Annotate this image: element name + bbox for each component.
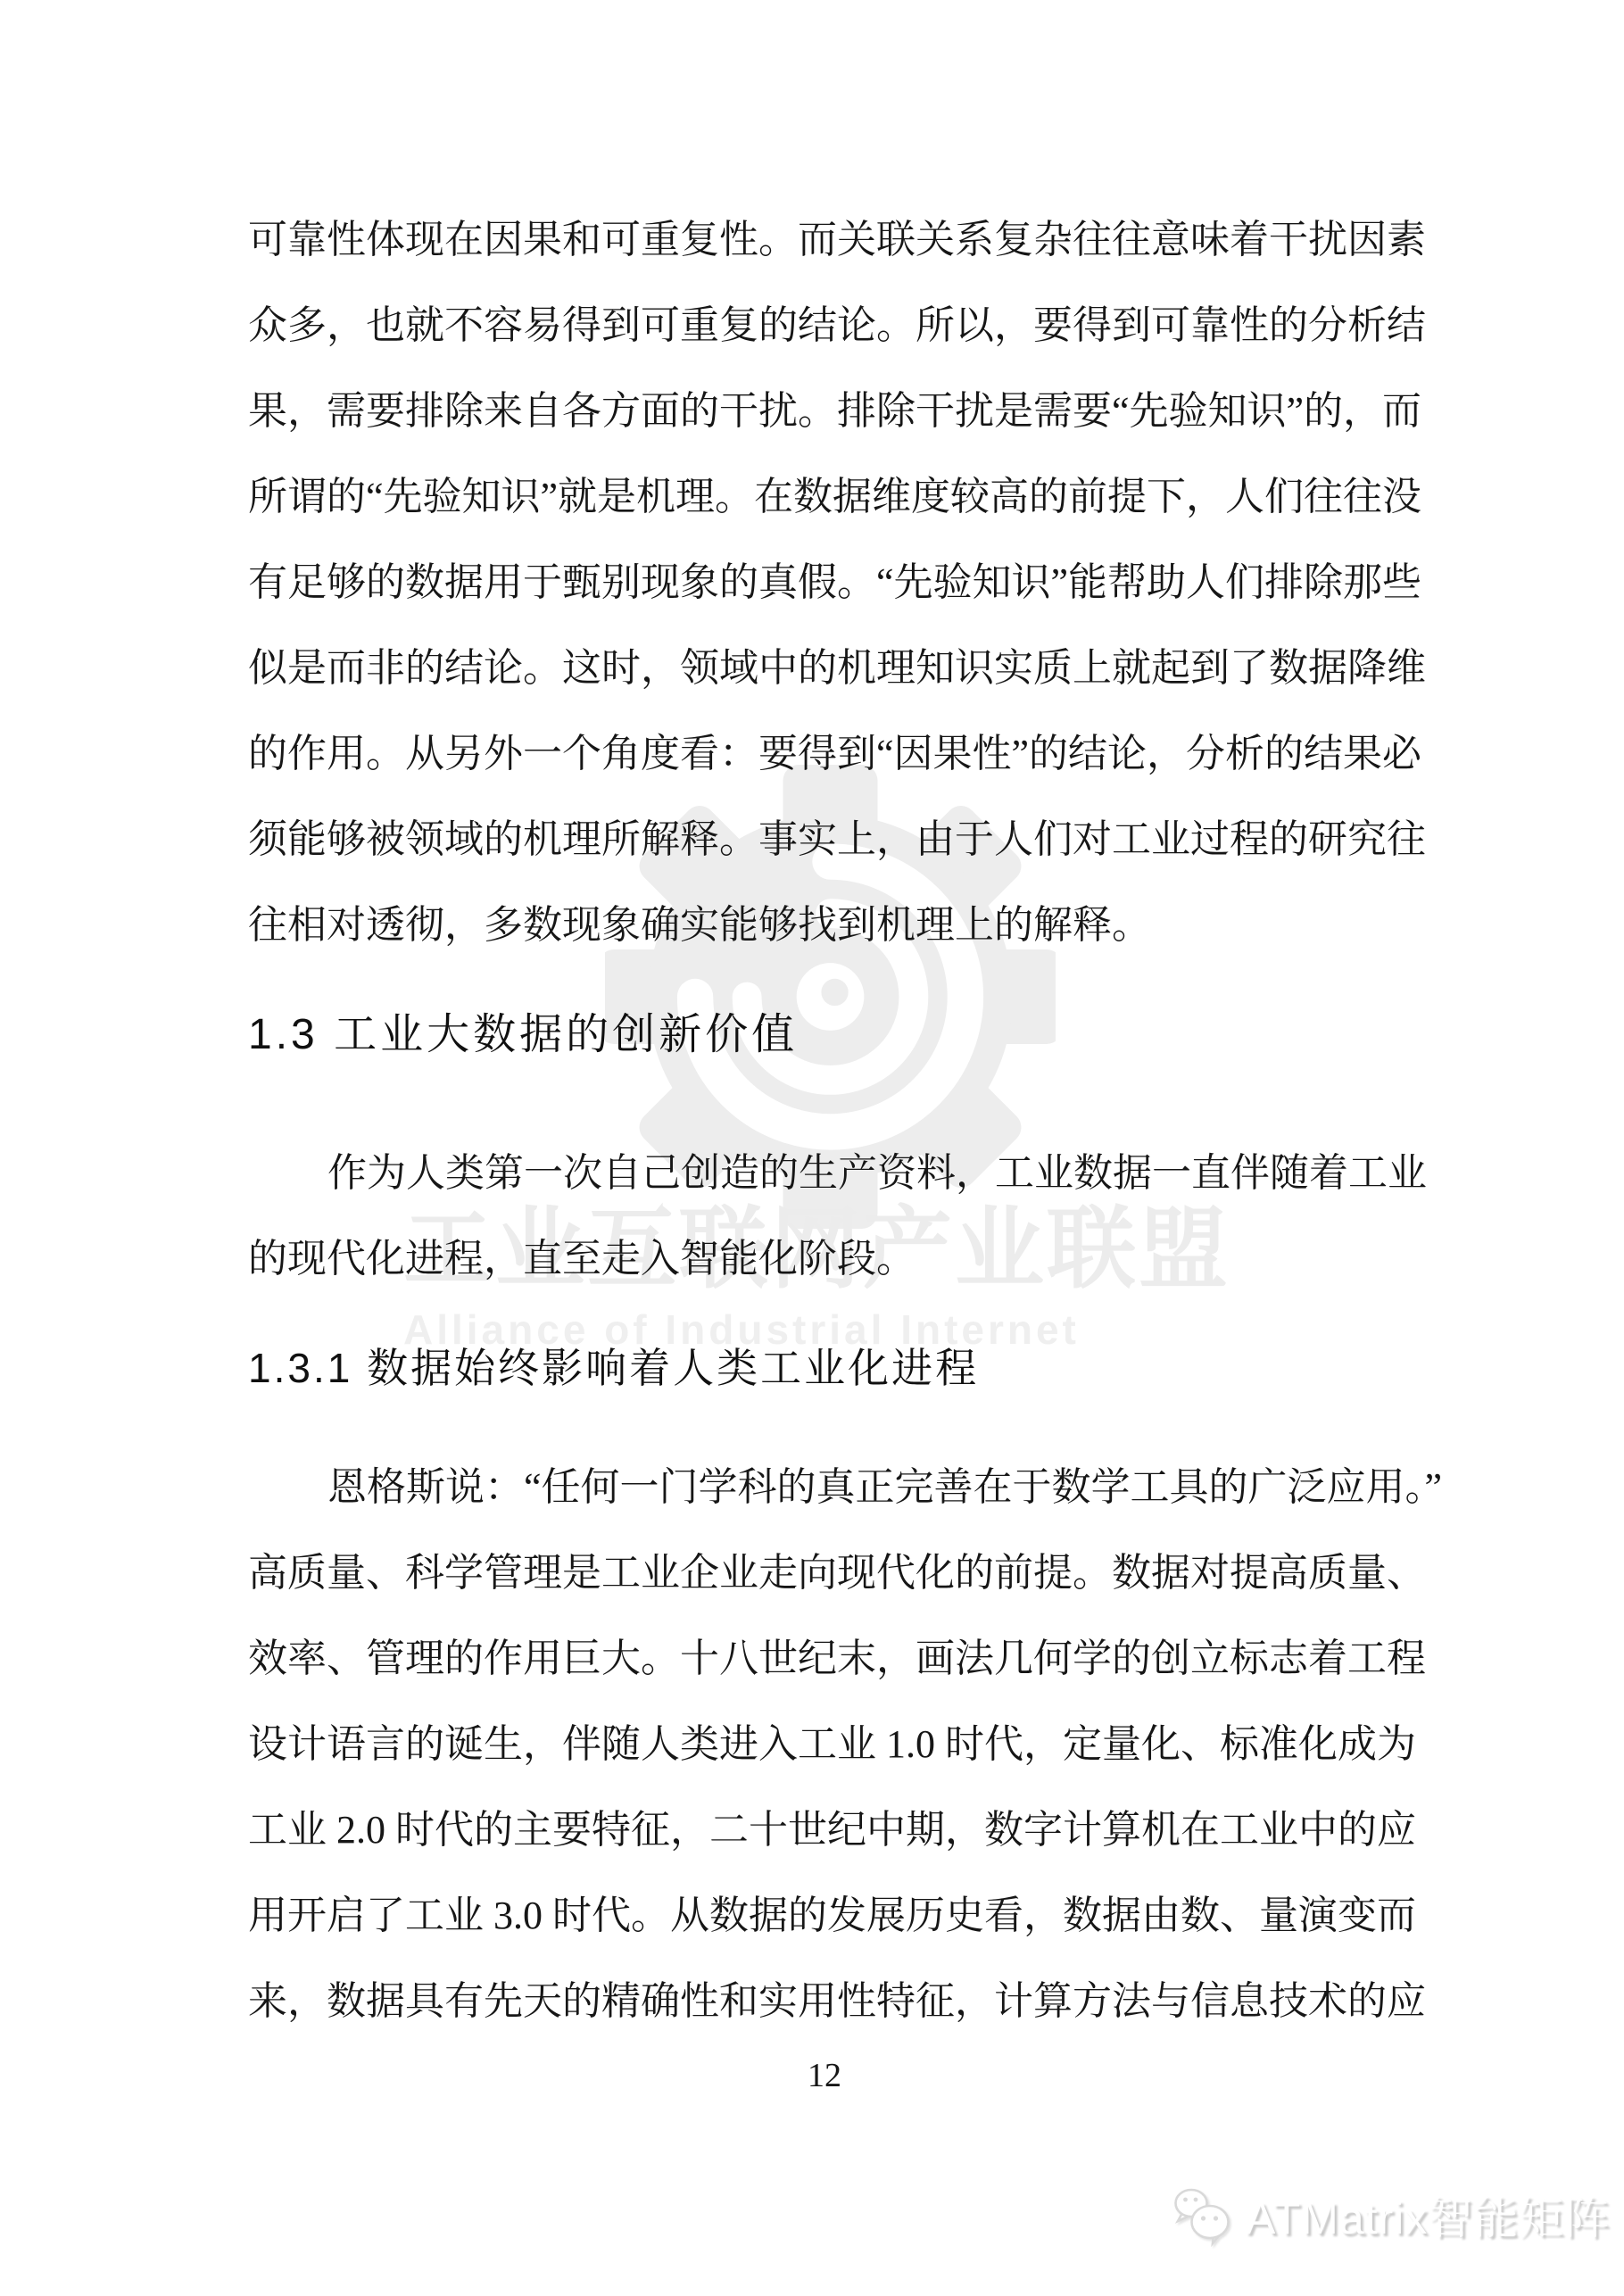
document-page: 工业互联网产业联盟 Alliance of Industrial Interne… <box>0 0 1624 2296</box>
wechat-icon <box>1171 2184 1237 2252</box>
paragraph-line: 似是而非的结论。这时，领域中的机理知识实质上就起到了数据降维 <box>248 626 1401 711</box>
paragraph-line: 用开启了工业 3.0 时代。从数据的发展历史看，数据由数、量演变而 <box>248 1873 1401 1959</box>
section-heading-1-3: 1.3 工业大数据的创新价值 <box>248 1007 798 1064</box>
paragraph-line: 的现代化进程，直至走入智能化阶段。 <box>248 1216 1401 1302</box>
paragraph-line: 有足够的数据用于甄别现象的真假。“先验知识”能帮助人们排除那些 <box>248 540 1401 626</box>
paragraph-line: 果，需要排除来自各方面的干扰。排除干扰是需要“先验知识”的，而 <box>248 369 1401 454</box>
paragraph-2: 作为人类第一次自己创造的生产资料，工业数据一直伴随着工业 的现代化进程，直至走入… <box>248 1131 1401 1302</box>
paragraph-line: 效率、管理的作用巨大。十八世纪末，画法几何学的创立标志着工程 <box>248 1616 1401 1702</box>
footer-brand-label: ATMatrix智能矩阵 <box>1246 2183 1610 2254</box>
paragraph-line: 来，数据具有先天的精确性和实用性特征，计算方法与信息技术的应 <box>248 1959 1401 2044</box>
page-number: 12 <box>248 2054 1401 2097</box>
paragraph-line: 设计语言的诞生，伴随人类进入工业 1.0 时代，定量化、标准化成为 <box>248 1702 1401 1787</box>
paragraph-line: 所谓的“先验知识”就是机理。在数据维度较高的前提下，人们往往没 <box>248 454 1401 540</box>
paragraph-1: 可靠性体现在因果和可重复性。而关联关系复杂往往意味着干扰因素 众多，也就不容易得… <box>248 197 1401 968</box>
paragraph-line: 作为人类第一次自己创造的生产资料，工业数据一直伴随着工业 <box>248 1131 1401 1216</box>
paragraph-line: 须能够被领域的机理所解释。事实上，由于人们对工业过程的研究往 <box>248 797 1401 883</box>
footer-brand-watermark: ATMatrix智能矩阵 <box>1171 2183 1610 2254</box>
paragraph-line: 的作用。从另外一个角度看：要得到“因果性”的结论，分析的结果必 <box>248 711 1401 797</box>
paragraph-line: 众多，也就不容易得到可重复的结论。所以，要得到可靠性的分析结 <box>248 283 1401 369</box>
section-heading-1-3-1: 1.3.1 数据始终影响着人类工业化进程 <box>248 1340 979 1396</box>
paragraph-line: 往相对透彻，多数现象确实能够找到机理上的解释。 <box>248 883 1401 968</box>
paragraph-line: 可靠性体现在因果和可重复性。而关联关系复杂往往意味着干扰因素 <box>248 197 1401 283</box>
paragraph-line: 恩格斯说：“任何一门学科的真正完善在于数学工具的广泛应用。” <box>248 1445 1401 1530</box>
paragraph-line: 工业 2.0 时代的主要特征，二十世纪中期，数字计算机在工业中的应 <box>248 1787 1401 1873</box>
paragraph-line: 高质量、科学管理是工业企业走向现代化的前提。数据对提高质量、 <box>248 1530 1401 1616</box>
paragraph-3: 恩格斯说：“任何一门学科的真正完善在于数学工具的广泛应用。” 高质量、科学管理是… <box>248 1445 1401 2044</box>
